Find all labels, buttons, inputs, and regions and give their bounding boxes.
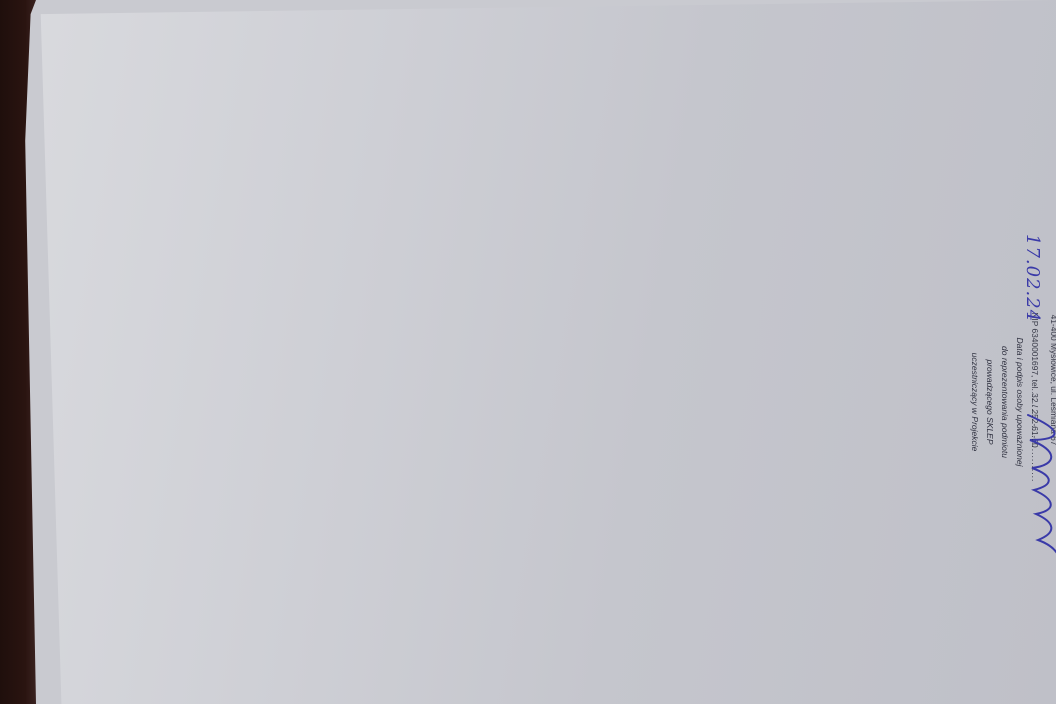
caption-line-3: prowadzącego SKLEP (982, 242, 997, 562)
signature-line: ........................... (1027, 242, 1042, 562)
document-page: 4. Spełnienie wymienionych w pkt. 1-3 wa… (800, 0, 1056, 620)
caption-line-4: uczestniczący w Projekcie (967, 242, 982, 562)
caption-line-2: do reprezentowania podmiotu (997, 242, 1012, 562)
caption-line-1: Data i podpis osoby upoważnionej (1012, 242, 1027, 562)
signature-caption: ........................... Data i podpi… (967, 242, 1042, 562)
background-edge (0, 0, 36, 704)
